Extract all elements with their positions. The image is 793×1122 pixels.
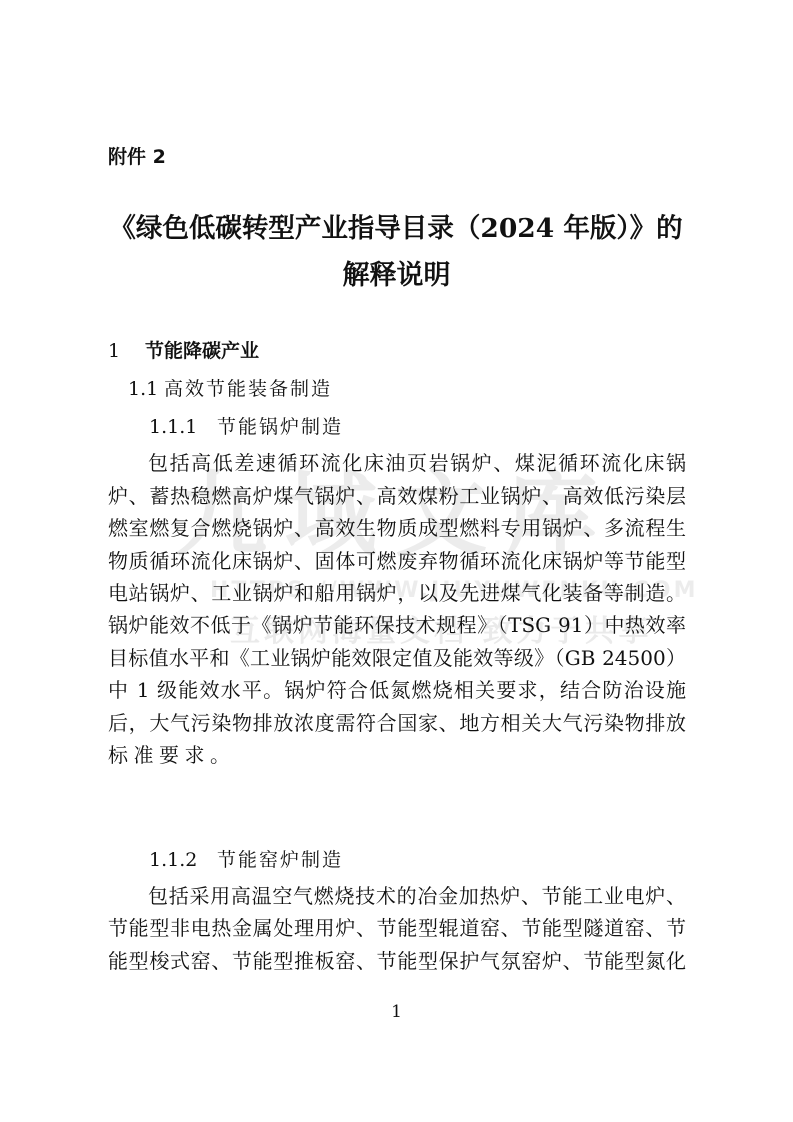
section-title: 节能锅炉制造 (217, 416, 343, 438)
paragraph-line: 电站锅炉、工业锅炉和船用锅炉，以及先进煤气化装备等制造。 (108, 577, 686, 609)
section-heading-1-1-2: 1.1.2节能窑炉制造 (149, 845, 343, 872)
section-title: 节能窑炉制造 (217, 849, 343, 871)
section-number: 1.1.2 (149, 849, 217, 871)
document-page: 九域文库 HTTPS://WWW.JIUYUWENKU.COM 互联网海量文档 … (0, 0, 793, 1122)
section-title: 节能降碳产业 (145, 340, 259, 362)
attachment-label: 附件 2 (108, 142, 166, 169)
paragraph-line: 节能型非电热金属处理用炉、节能型辊道窑、节能型隧道窑、节 (108, 912, 686, 944)
paragraph-line: 标准要求。 (108, 739, 686, 771)
paragraph-line: 燃室燃复合燃烧锅炉、高效生物质成型燃料专用锅炉、多流程生 (108, 512, 686, 544)
section-number: 1 (108, 340, 145, 362)
paragraph-line: 物质循环流化床锅炉、固体可燃废弃物循环流化床锅炉等节能型 (108, 545, 686, 577)
paragraph-line: 目标值水平和《工业锅炉能效限定值及能效等级》（GB 24500） (108, 642, 686, 674)
section-number: 1.1 (128, 378, 164, 400)
paragraph-line: 包括采用高温空气燃烧技术的冶金加热炉、节能工业电炉、 (148, 880, 686, 912)
document-title-line-1: 《绿色低碳转型产业指导目录（2024 年版）》的 (96, 206, 696, 245)
paragraph-line: 能型梭式窑、节能型推板窑、节能型保护气氛窑炉、节能型氮化 (108, 945, 686, 977)
section-number: 1.1.1 (149, 416, 217, 438)
paragraph-line: 锅炉能效不低于《锅炉节能环保技术规程》（TSG 91）中热效率 (108, 609, 686, 641)
paragraph-line: 炉、蓄热稳燃高炉煤气锅炉、高效煤粉工业锅炉、高效低污染层 (108, 480, 686, 512)
section-title: 高效节能装备制造 (164, 378, 332, 400)
section-heading-1: 1节能降碳产业 (108, 336, 259, 363)
page-number: 1 (0, 1002, 793, 1022)
paragraph-line: 后，大气污染物排放浓度需符合国家、地方相关大气污染物排放 (108, 707, 686, 739)
section-heading-1-1-1: 1.1.1节能锅炉制造 (149, 412, 343, 439)
document-content: 附件 2 《绿色低碳转型产业指导目录（2024 年版）》的 解释说明 1节能降碳… (0, 0, 793, 1122)
section-heading-1-1: 1.1高效节能装备制造 (128, 374, 332, 401)
paragraph-line: 包括高低差速循环流化床油页岩锅炉、煤泥循环流化床锅 (148, 447, 686, 479)
paragraph-line: 中 1 级能效水平。锅炉符合低氮燃烧相关要求，结合防治设施 (108, 674, 686, 706)
document-title-line-2: 解释说明 (100, 253, 693, 292)
